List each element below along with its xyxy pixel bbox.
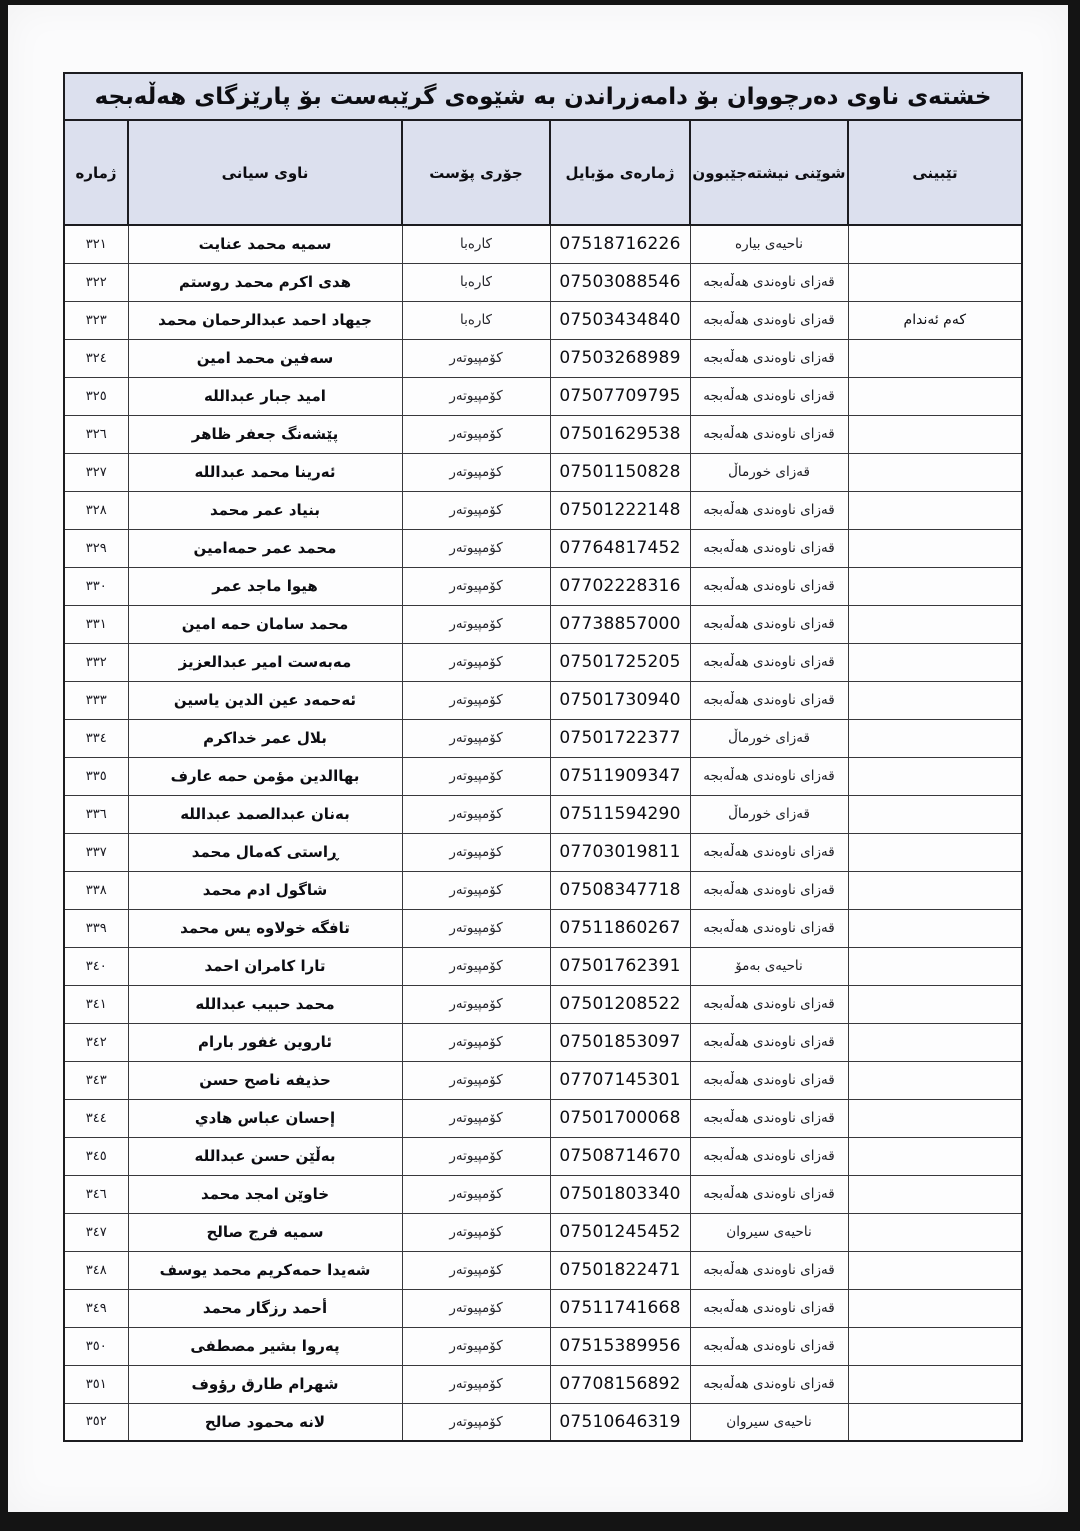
cell-post: كۆمپیوتەر (402, 415, 550, 453)
cell-post: كۆمپیوتەر (402, 871, 550, 909)
cell-mobile: 07507709795 (550, 377, 690, 415)
table-row: ٣٣٤بلال عمر خداكرمكۆمپیوتەر07501722377قە… (64, 719, 1022, 757)
cell-mobile: 07508714670 (550, 1137, 690, 1175)
cell-name: حذیفه ناصح حسن (128, 1061, 402, 1099)
table-row: ٣٢١سمیه محمد عنایتكارەبا07518716226ناحیە… (64, 225, 1022, 263)
cell-post: كۆمپیوتەر (402, 1289, 550, 1327)
table-row: ٣٣٠هیوا ماجد عمركۆمپیوتەر07702228316قەزا… (64, 567, 1022, 605)
cell-number: ٣٣٠ (64, 567, 128, 605)
cell-residence: ناحیەی سیروان (690, 1403, 848, 1441)
cell-notes (848, 757, 1022, 795)
cell-mobile: 07501245452 (550, 1213, 690, 1251)
cell-number: ٣٤١ (64, 985, 128, 1023)
cell-notes (848, 491, 1022, 529)
cell-post: كۆمپیوتەر (402, 453, 550, 491)
cell-mobile: 07702228316 (550, 567, 690, 605)
cell-name: سمیه محمد عنایت (128, 225, 402, 263)
cell-notes (848, 947, 1022, 985)
column-header-number: ژماره (64, 120, 128, 225)
cell-residence: قەزای ناوەندی هەڵەبجە (690, 605, 848, 643)
cell-name: تارا كامران احمد (128, 947, 402, 985)
cell-post: كۆمپیوتەر (402, 909, 550, 947)
cell-number: ٣٤٠ (64, 947, 128, 985)
cell-post: كۆمپیوتەر (402, 1365, 550, 1403)
cell-post: كۆمپیوتەر (402, 833, 550, 871)
cell-number: ٣٣٢ (64, 643, 128, 681)
cell-residence: قەزای ناوەندی هەڵەبجە (690, 491, 848, 529)
table-row: ٣٣٩تافگە خولاوه یس محمدكۆمپیوتەر07511860… (64, 909, 1022, 947)
cell-mobile: 07501150828 (550, 453, 690, 491)
cell-number: ٣٣٥ (64, 757, 128, 795)
cell-residence: ناحیەی بەمۆ (690, 947, 848, 985)
cell-residence: قەزای ناوەندی هەڵەبجە (690, 301, 848, 339)
table-row: ٣٣٢مەبەست امیر عبدالعزیزكۆمپیوتەر0750172… (64, 643, 1022, 681)
table-row: ٣٣٨شاگول ادم محمدكۆمپیوتەر07508347718قەز… (64, 871, 1022, 909)
cell-mobile: 07501803340 (550, 1175, 690, 1213)
cell-mobile: 07501222148 (550, 491, 690, 529)
table-row: ٣٤٧سمیه فرج صالحكۆمپیوتەر07501245452ناحی… (64, 1213, 1022, 1251)
cell-post: كۆمپیوتەر (402, 1213, 550, 1251)
cell-name: مەبەست امیر عبدالعزیز (128, 643, 402, 681)
table-row: ٣٤٢ئاروین غفور بارامكۆمپیوتەر07501853097… (64, 1023, 1022, 1061)
cell-residence: قەزای ناوەندی هەڵەبجە (690, 415, 848, 453)
cell-post: كۆمپیوتەر (402, 529, 550, 567)
cell-residence: قەزای ناوەندی هەڵەبجە (690, 1365, 848, 1403)
cell-number: ٣٤٣ (64, 1061, 128, 1099)
table-row: ٣٤٦خاوێن امجد محمدكۆمپیوتەر07501803340قە… (64, 1175, 1022, 1213)
table-row: ٣٣١محمد سامان حمه امینكۆمپیوتەر077388570… (64, 605, 1022, 643)
cell-name: ئەرینا محمد عبدالله (128, 453, 402, 491)
cell-notes (848, 1137, 1022, 1175)
cell-notes (848, 1403, 1022, 1441)
cell-mobile: 07503434840 (550, 301, 690, 339)
cell-number: ٣٢١ (64, 225, 128, 263)
cell-post: كۆمپیوتەر (402, 1403, 550, 1441)
cell-post: كۆمپیوتەر (402, 719, 550, 757)
cell-mobile: 07501762391 (550, 947, 690, 985)
table-row: ٣٢٢هدی اكرم محمد روستمكارەبا07503088546ق… (64, 263, 1022, 301)
cell-notes (848, 1099, 1022, 1137)
cell-name: تافگە خولاوه یس محمد (128, 909, 402, 947)
cell-notes (848, 1175, 1022, 1213)
cell-number: ٣٤٨ (64, 1251, 128, 1289)
cell-name: بەنان عبدالصمد عبدالله (128, 795, 402, 833)
cell-name: شەیدا حمەكریم محمد یوسف (128, 1251, 402, 1289)
cell-name: محمد عمر حمەامین (128, 529, 402, 567)
column-header-name: ناوی سیانی (128, 120, 402, 225)
cell-residence: قەزای ناوەندی هەڵەبجە (690, 1251, 848, 1289)
cell-post: كۆمپیوتەر (402, 681, 550, 719)
table-title-row: خشتەی ناوی دەرچووان بۆ دامەزراندن بە شێو… (64, 73, 1022, 120)
cell-post: كۆمپیوتەر (402, 491, 550, 529)
cell-number: ٣٢٥ (64, 377, 128, 415)
cell-residence: قەزای ناوەندی هەڵەبجە (690, 529, 848, 567)
photo-frame: خشتەی ناوی دەرچووان بۆ دامەزراندن بە شێو… (0, 0, 1080, 1531)
cell-residence: قەزای ناوەندی هەڵەبجە (690, 1289, 848, 1327)
graduates-table: خشتەی ناوی دەرچووان بۆ دامەزراندن بە شێو… (63, 72, 1023, 1442)
cell-notes (848, 643, 1022, 681)
cell-post: كۆمپیوتەر (402, 605, 550, 643)
cell-notes (848, 1023, 1022, 1061)
cell-number: ٣٤٩ (64, 1289, 128, 1327)
cell-mobile: 07501208522 (550, 985, 690, 1023)
cell-mobile: 07703019811 (550, 833, 690, 871)
cell-post: كارەبا (402, 225, 550, 263)
cell-number: ٣٢٦ (64, 415, 128, 453)
cell-name: سەفین محمد امین (128, 339, 402, 377)
cell-residence: قەزای ناوەندی هەڵەبجە (690, 377, 848, 415)
cell-number: ٣٥٠ (64, 1327, 128, 1365)
cell-residence: قەزای خورماڵ (690, 453, 848, 491)
cell-mobile: 07501725205 (550, 643, 690, 681)
cell-notes (848, 339, 1022, 377)
cell-notes (848, 1251, 1022, 1289)
cell-post: كۆمپیوتەر (402, 377, 550, 415)
cell-residence: قەزای ناوەندی هەڵەبجە (690, 1175, 848, 1213)
cell-name: ئاروین غفور بارام (128, 1023, 402, 1061)
cell-residence: قەزای ناوەندی هەڵەبجە (690, 833, 848, 871)
cell-name: محمد سامان حمه امین (128, 605, 402, 643)
cell-notes (848, 909, 1022, 947)
cell-residence: قەزای ناوەندی هەڵەبجە (690, 339, 848, 377)
table-row: ٣٢٣جیهاد احمد عبدالرحمان محمدكارەبا07503… (64, 301, 1022, 339)
cell-mobile: 07501700068 (550, 1099, 690, 1137)
cell-notes (848, 453, 1022, 491)
cell-name: بهاالدین مؤمن حمه عارف (128, 757, 402, 795)
cell-post: كۆمپیوتەر (402, 1175, 550, 1213)
column-header-post-type: جۆری پۆست (402, 120, 550, 225)
table-row: ٣٤١محمد حبیب عبداللهكۆمپیوتەر07501208522… (64, 985, 1022, 1023)
cell-post: كۆمپیوتەر (402, 947, 550, 985)
cell-number: ٣٤٧ (64, 1213, 128, 1251)
cell-name: ڕاستی كەمال محمد (128, 833, 402, 871)
cell-name: سمیه فرج صالح (128, 1213, 402, 1251)
cell-number: ٣٣٤ (64, 719, 128, 757)
table-row: ٣٤٨شەیدا حمەكریم محمد یوسفكۆمپیوتەر07501… (64, 1251, 1022, 1289)
cell-number: ٣٢٤ (64, 339, 128, 377)
table-row: ٣٣٥بهاالدین مؤمن حمه عارفكۆمپیوتەر075119… (64, 757, 1022, 795)
table-title: خشتەی ناوی دەرچووان بۆ دامەزراندن بە شێو… (64, 73, 1022, 120)
cell-notes (848, 415, 1022, 453)
table-row: ٣٥٠پەروا بشیر مصطفیكۆمپیوتەر07515389956ق… (64, 1327, 1022, 1365)
cell-residence: قەزای ناوەندی هەڵەبجە (690, 1327, 848, 1365)
cell-post: كۆمپیوتەر (402, 1137, 550, 1175)
cell-residence: قەزای ناوەندی هەڵەبجە (690, 1099, 848, 1137)
column-header-residence: شوێنی نیشتەجێبوون (690, 120, 848, 225)
cell-residence: قەزای ناوەندی هەڵەبجە (690, 1137, 848, 1175)
cell-number: ٣٣٨ (64, 871, 128, 909)
table-row: ٣٢٤سەفین محمد امینكۆمپیوتەر07503268989قە… (64, 339, 1022, 377)
cell-notes (848, 225, 1022, 263)
cell-post: كۆمپیوتەر (402, 1251, 550, 1289)
cell-notes (848, 795, 1022, 833)
cell-name: جیهاد احمد عبدالرحمان محمد (128, 301, 402, 339)
cell-mobile: 07501730940 (550, 681, 690, 719)
cell-notes (848, 1061, 1022, 1099)
cell-mobile: 07707145301 (550, 1061, 690, 1099)
cell-post: كارەبا (402, 263, 550, 301)
cell-notes (848, 871, 1022, 909)
cell-notes (848, 833, 1022, 871)
cell-name: خاوێن امجد محمد (128, 1175, 402, 1213)
cell-name: ئەحمەد عین الدین یاسین (128, 681, 402, 719)
cell-name: شهرام طارق رؤوف (128, 1365, 402, 1403)
cell-post: كۆمپیوتەر (402, 567, 550, 605)
cell-residence: قەزای ناوەندی هەڵەبجە (690, 263, 848, 301)
cell-number: ٣٢٩ (64, 529, 128, 567)
cell-name: پەروا بشیر مصطفی (128, 1327, 402, 1365)
table-row: ٣٥٢لانه محمود صالحكۆمپیوتەر07510646319نا… (64, 1403, 1022, 1441)
cell-residence: ناحیەی سیروان (690, 1213, 848, 1251)
cell-mobile: 07738857000 (550, 605, 690, 643)
cell-name: هدی اكرم محمد روستم (128, 263, 402, 301)
cell-notes (848, 985, 1022, 1023)
cell-notes (848, 605, 1022, 643)
cell-residence: قەزای ناوەندی هەڵەبجە (690, 567, 848, 605)
cell-mobile: 07511860267 (550, 909, 690, 947)
table-row: ٣٣٣ئەحمەد عین الدین یاسینكۆمپیوتەر075017… (64, 681, 1022, 719)
cell-number: ٣٤٢ (64, 1023, 128, 1061)
table-row: ٣٤٠تارا كامران احمدكۆمپیوتەر07501762391ن… (64, 947, 1022, 985)
cell-mobile: 07501853097 (550, 1023, 690, 1061)
cell-mobile: 07511741668 (550, 1289, 690, 1327)
cell-number: ٣٣٣ (64, 681, 128, 719)
cell-post: كۆمپیوتەر (402, 795, 550, 833)
cell-number: ٣٢٧ (64, 453, 128, 491)
cell-number: ٣٣١ (64, 605, 128, 643)
cell-residence: ناحیەی بیاره (690, 225, 848, 263)
cell-post: كۆمپیوتەر (402, 1099, 550, 1137)
cell-post: كۆمپیوتەر (402, 1061, 550, 1099)
cell-number: ٣٤٥ (64, 1137, 128, 1175)
cell-number: ٣٤٤ (64, 1099, 128, 1137)
cell-residence: قەزای ناوەندی هەڵەبجە (690, 643, 848, 681)
cell-notes (848, 1289, 1022, 1327)
table-header-row: ژماره ناوی سیانی جۆری پۆست ژمارەی مۆبایل… (64, 120, 1022, 225)
cell-number: ٣٣٦ (64, 795, 128, 833)
cell-residence: قەزای خورماڵ (690, 719, 848, 757)
table-row: ٣٤٣حذیفه ناصح حسنكۆمپیوتەر07707145301قەز… (64, 1061, 1022, 1099)
cell-name: پێشەنگ جعفر ظاهر (128, 415, 402, 453)
cell-mobile: 07501629538 (550, 415, 690, 453)
column-header-mobile: ژمارەی مۆبایل (550, 120, 690, 225)
cell-residence: قەزای ناوەندی هەڵەبجە (690, 757, 848, 795)
table-row: ٣٣٦بەنان عبدالصمد عبداللهكۆمپیوتەر075115… (64, 795, 1022, 833)
table-row: ٣٤٩أحمد رزگار محمدكۆمپیوتەر07511741668قە… (64, 1289, 1022, 1327)
cell-notes (848, 681, 1022, 719)
cell-name: إحسان عباس هادي (128, 1099, 402, 1137)
cell-residence: قەزای ناوەندی هەڵەبجە (690, 985, 848, 1023)
cell-name: امید جبار عبدالله (128, 377, 402, 415)
cell-number: ٣٢٨ (64, 491, 128, 529)
cell-name: بنیاد عمر محمد (128, 491, 402, 529)
cell-residence: قەزای ناوەندی هەڵەبجە (690, 681, 848, 719)
cell-mobile: 07503088546 (550, 263, 690, 301)
cell-mobile: 07501822471 (550, 1251, 690, 1289)
cell-notes (848, 719, 1022, 757)
cell-post: كۆمپیوتەر (402, 339, 550, 377)
cell-number: ٣٣٧ (64, 833, 128, 871)
table-row: ٣٤٤إحسان عباس هاديكۆمپیوتەر07501700068قە… (64, 1099, 1022, 1137)
cell-residence: قەزای ناوەندی هەڵەبجە (690, 871, 848, 909)
cell-mobile: 07510646319 (550, 1403, 690, 1441)
cell-name: محمد حبیب عبدالله (128, 985, 402, 1023)
column-header-notes: تێبینی (848, 120, 1022, 225)
table-row: ٣٥١شهرام طارق رؤوفكۆمپیوتەر07708156892قە… (64, 1365, 1022, 1403)
cell-residence: قەزای خورماڵ (690, 795, 848, 833)
cell-post: كۆمپیوتەر (402, 985, 550, 1023)
cell-mobile: 07511594290 (550, 795, 690, 833)
cell-post: كۆمپیوتەر (402, 757, 550, 795)
cell-name: شاگول ادم محمد (128, 871, 402, 909)
cell-residence: قەزای ناوەندی هەڵەبجە (690, 1061, 848, 1099)
cell-number: ٣٤٦ (64, 1175, 128, 1213)
cell-mobile: 07501722377 (550, 719, 690, 757)
cell-notes (848, 529, 1022, 567)
table-row: ٣٣٧ڕاستی كەمال محمدكۆمپیوتەر07703019811ق… (64, 833, 1022, 871)
cell-mobile: 07708156892 (550, 1365, 690, 1403)
table-row: ٣٢٦پێشەنگ جعفر ظاهركۆمپیوتەر07501629538ق… (64, 415, 1022, 453)
table-row: ٣٢٩محمد عمر حمەامینكۆمپیوتەر07764817452ق… (64, 529, 1022, 567)
cell-notes (848, 1213, 1022, 1251)
cell-notes (848, 1365, 1022, 1403)
cell-name: لانه محمود صالح (128, 1403, 402, 1441)
cell-name: هیوا ماجد عمر (128, 567, 402, 605)
cell-notes: كەم ئەندام (848, 301, 1022, 339)
cell-post: كۆمپیوتەر (402, 1327, 550, 1365)
document-page: خشتەی ناوی دەرچووان بۆ دامەزراندن بە شێو… (8, 5, 1068, 1512)
table-row: ٣٢٨بنیاد عمر محمدكۆمپیوتەر07501222148قەز… (64, 491, 1022, 529)
table-row: ٣٤٥بەڵێن حسن عبداللهكۆمپیوتەر07508714670… (64, 1137, 1022, 1175)
cell-residence: قەزای ناوەندی هەڵەبجە (690, 909, 848, 947)
cell-mobile: 07503268989 (550, 339, 690, 377)
cell-mobile: 07515389956 (550, 1327, 690, 1365)
cell-number: ٣٢٢ (64, 263, 128, 301)
cell-post: كۆمپیوتەر (402, 643, 550, 681)
cell-name: أحمد رزگار محمد (128, 1289, 402, 1327)
cell-residence: قەزای ناوەندی هەڵەبجە (690, 1023, 848, 1061)
cell-mobile: 07518716226 (550, 225, 690, 263)
cell-mobile: 07511909347 (550, 757, 690, 795)
cell-number: ٣٢٣ (64, 301, 128, 339)
cell-mobile: 07764817452 (550, 529, 690, 567)
cell-post: كارەبا (402, 301, 550, 339)
cell-name: بلال عمر خداكرم (128, 719, 402, 757)
cell-notes (848, 1327, 1022, 1365)
cell-number: ٣٥٢ (64, 1403, 128, 1441)
cell-number: ٣٥١ (64, 1365, 128, 1403)
cell-mobile: 07508347718 (550, 871, 690, 909)
cell-name: بەڵێن حسن عبدالله (128, 1137, 402, 1175)
cell-notes (848, 567, 1022, 605)
table-row: ٣٢٧ئەرینا محمد عبداللهكۆمپیوتەر075011508… (64, 453, 1022, 491)
cell-notes (848, 263, 1022, 301)
table-row: ٣٢٥امید جبار عبداللهكۆمپیوتەر07507709795… (64, 377, 1022, 415)
cell-notes (848, 377, 1022, 415)
cell-post: كۆمپیوتەر (402, 1023, 550, 1061)
cell-number: ٣٣٩ (64, 909, 128, 947)
